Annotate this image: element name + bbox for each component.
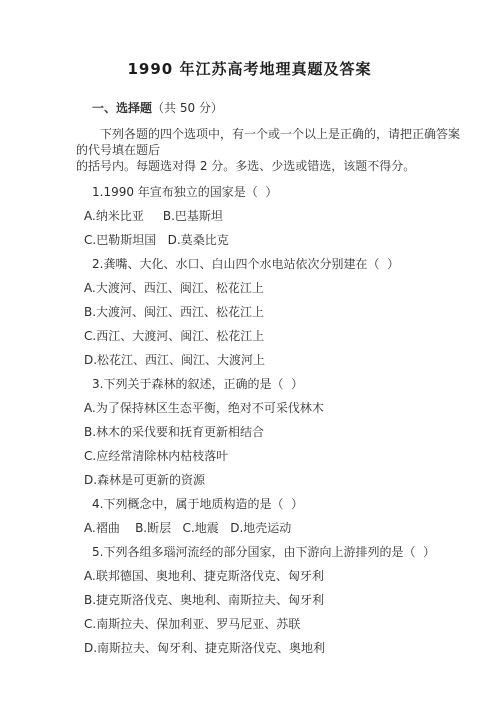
question-text: 5.下列各组多瑙河流经的部分国家，由下游向上游排列的是（ ） bbox=[76, 544, 471, 560]
instructions-line: 下列各题的四个选项中，有一个或一个以上是正确的，请把正确答案的代号填在题后 bbox=[76, 126, 471, 158]
question-2: 2.龚嘴、大化、水口、白山四个水电站依次分别建在（ ） A.大渡河、西江、闽江、… bbox=[76, 256, 471, 368]
question-text: 1.1990 年宣布独立的国家是（ ） bbox=[76, 184, 471, 200]
option-line: B.捷克斯洛伐克、奥地利、南斯拉夫、匈牙利 bbox=[76, 592, 471, 608]
option-line: A.大渡河、西江、闽江、松花江上 bbox=[76, 280, 471, 296]
section-heading-points: （共 50 分） bbox=[152, 101, 223, 115]
instructions-line: 的括号内。每题选对得 2 分。多选、少选或错选，该题不得分。 bbox=[76, 158, 471, 174]
question-4: 4.下列概念中，属于地质构造的是（ ） A.褶曲 B.断层 C.地震 D.地壳运… bbox=[76, 496, 471, 536]
question-3: 3.下列关于森林的叙述，正确的是（ ） A.为了保持林区生态平衡，绝对不可采伐林… bbox=[76, 376, 471, 488]
instructions-paragraph: 下列各题的四个选项中，有一个或一个以上是正确的，请把正确答案的代号填在题后 的括… bbox=[76, 126, 471, 174]
option-line: D.松花江、西江、闽江、大渡河上 bbox=[76, 352, 471, 368]
option-line: A.褶曲 B.断层 C.地震 D.地壳运动 bbox=[76, 520, 471, 536]
question-text: 3.下列关于森林的叙述，正确的是（ ） bbox=[76, 376, 471, 392]
option-line: C.南斯拉夫、保加利亚、罗马尼亚、苏联 bbox=[76, 616, 471, 632]
option-line: C.巴勒斯坦国 D.莫桑比克 bbox=[76, 232, 471, 248]
option-line: C.西江、大渡河、闽江、松花江上 bbox=[76, 328, 471, 344]
exam-document-page: 1990 年江苏高考地理真题及答案 一、选择题（共 50 分） 下列各题的四个选… bbox=[0, 0, 499, 706]
section-heading-label: 一、选择题 bbox=[92, 101, 152, 115]
option-line: B.林木的采伐要和抚育更新相结合 bbox=[76, 424, 471, 440]
question-5: 5.下列各组多瑙河流经的部分国家，由下游向上游排列的是（ ） A.联邦德国、奥地… bbox=[76, 544, 471, 656]
question-text: 4.下列概念中，属于地质构造的是（ ） bbox=[76, 496, 471, 512]
option-line: B.大渡河、闽江、西江、松花江上 bbox=[76, 304, 471, 320]
option-line: A.联邦德国、奥地利、捷克斯洛伐克、匈牙利 bbox=[76, 568, 471, 584]
question-list: 1.1990 年宣布独立的国家是（ ） A.纳米比亚 B.巴基斯坦 C.巴勒斯坦… bbox=[76, 184, 471, 656]
option-line: A.纳米比亚 B.巴基斯坦 bbox=[76, 208, 471, 224]
section-heading: 一、选择题（共 50 分） bbox=[76, 100, 471, 116]
question-text: 2.龚嘴、大化、水口、白山四个水电站依次分别建在（ ） bbox=[76, 256, 471, 272]
question-1: 1.1990 年宣布独立的国家是（ ） A.纳米比亚 B.巴基斯坦 C.巴勒斯坦… bbox=[76, 184, 471, 248]
page-title: 1990 年江苏高考地理真题及答案 bbox=[28, 58, 471, 80]
option-line: D.森林是可更新的资源 bbox=[76, 472, 471, 488]
option-line: D.南斯拉夫、匈牙利、捷克斯洛伐克、奥地利 bbox=[76, 640, 471, 656]
option-line: A.为了保持林区生态平衡，绝对不可采伐林木 bbox=[76, 400, 471, 416]
option-line: C.应经常清除林内枯枝落叶 bbox=[76, 448, 471, 464]
